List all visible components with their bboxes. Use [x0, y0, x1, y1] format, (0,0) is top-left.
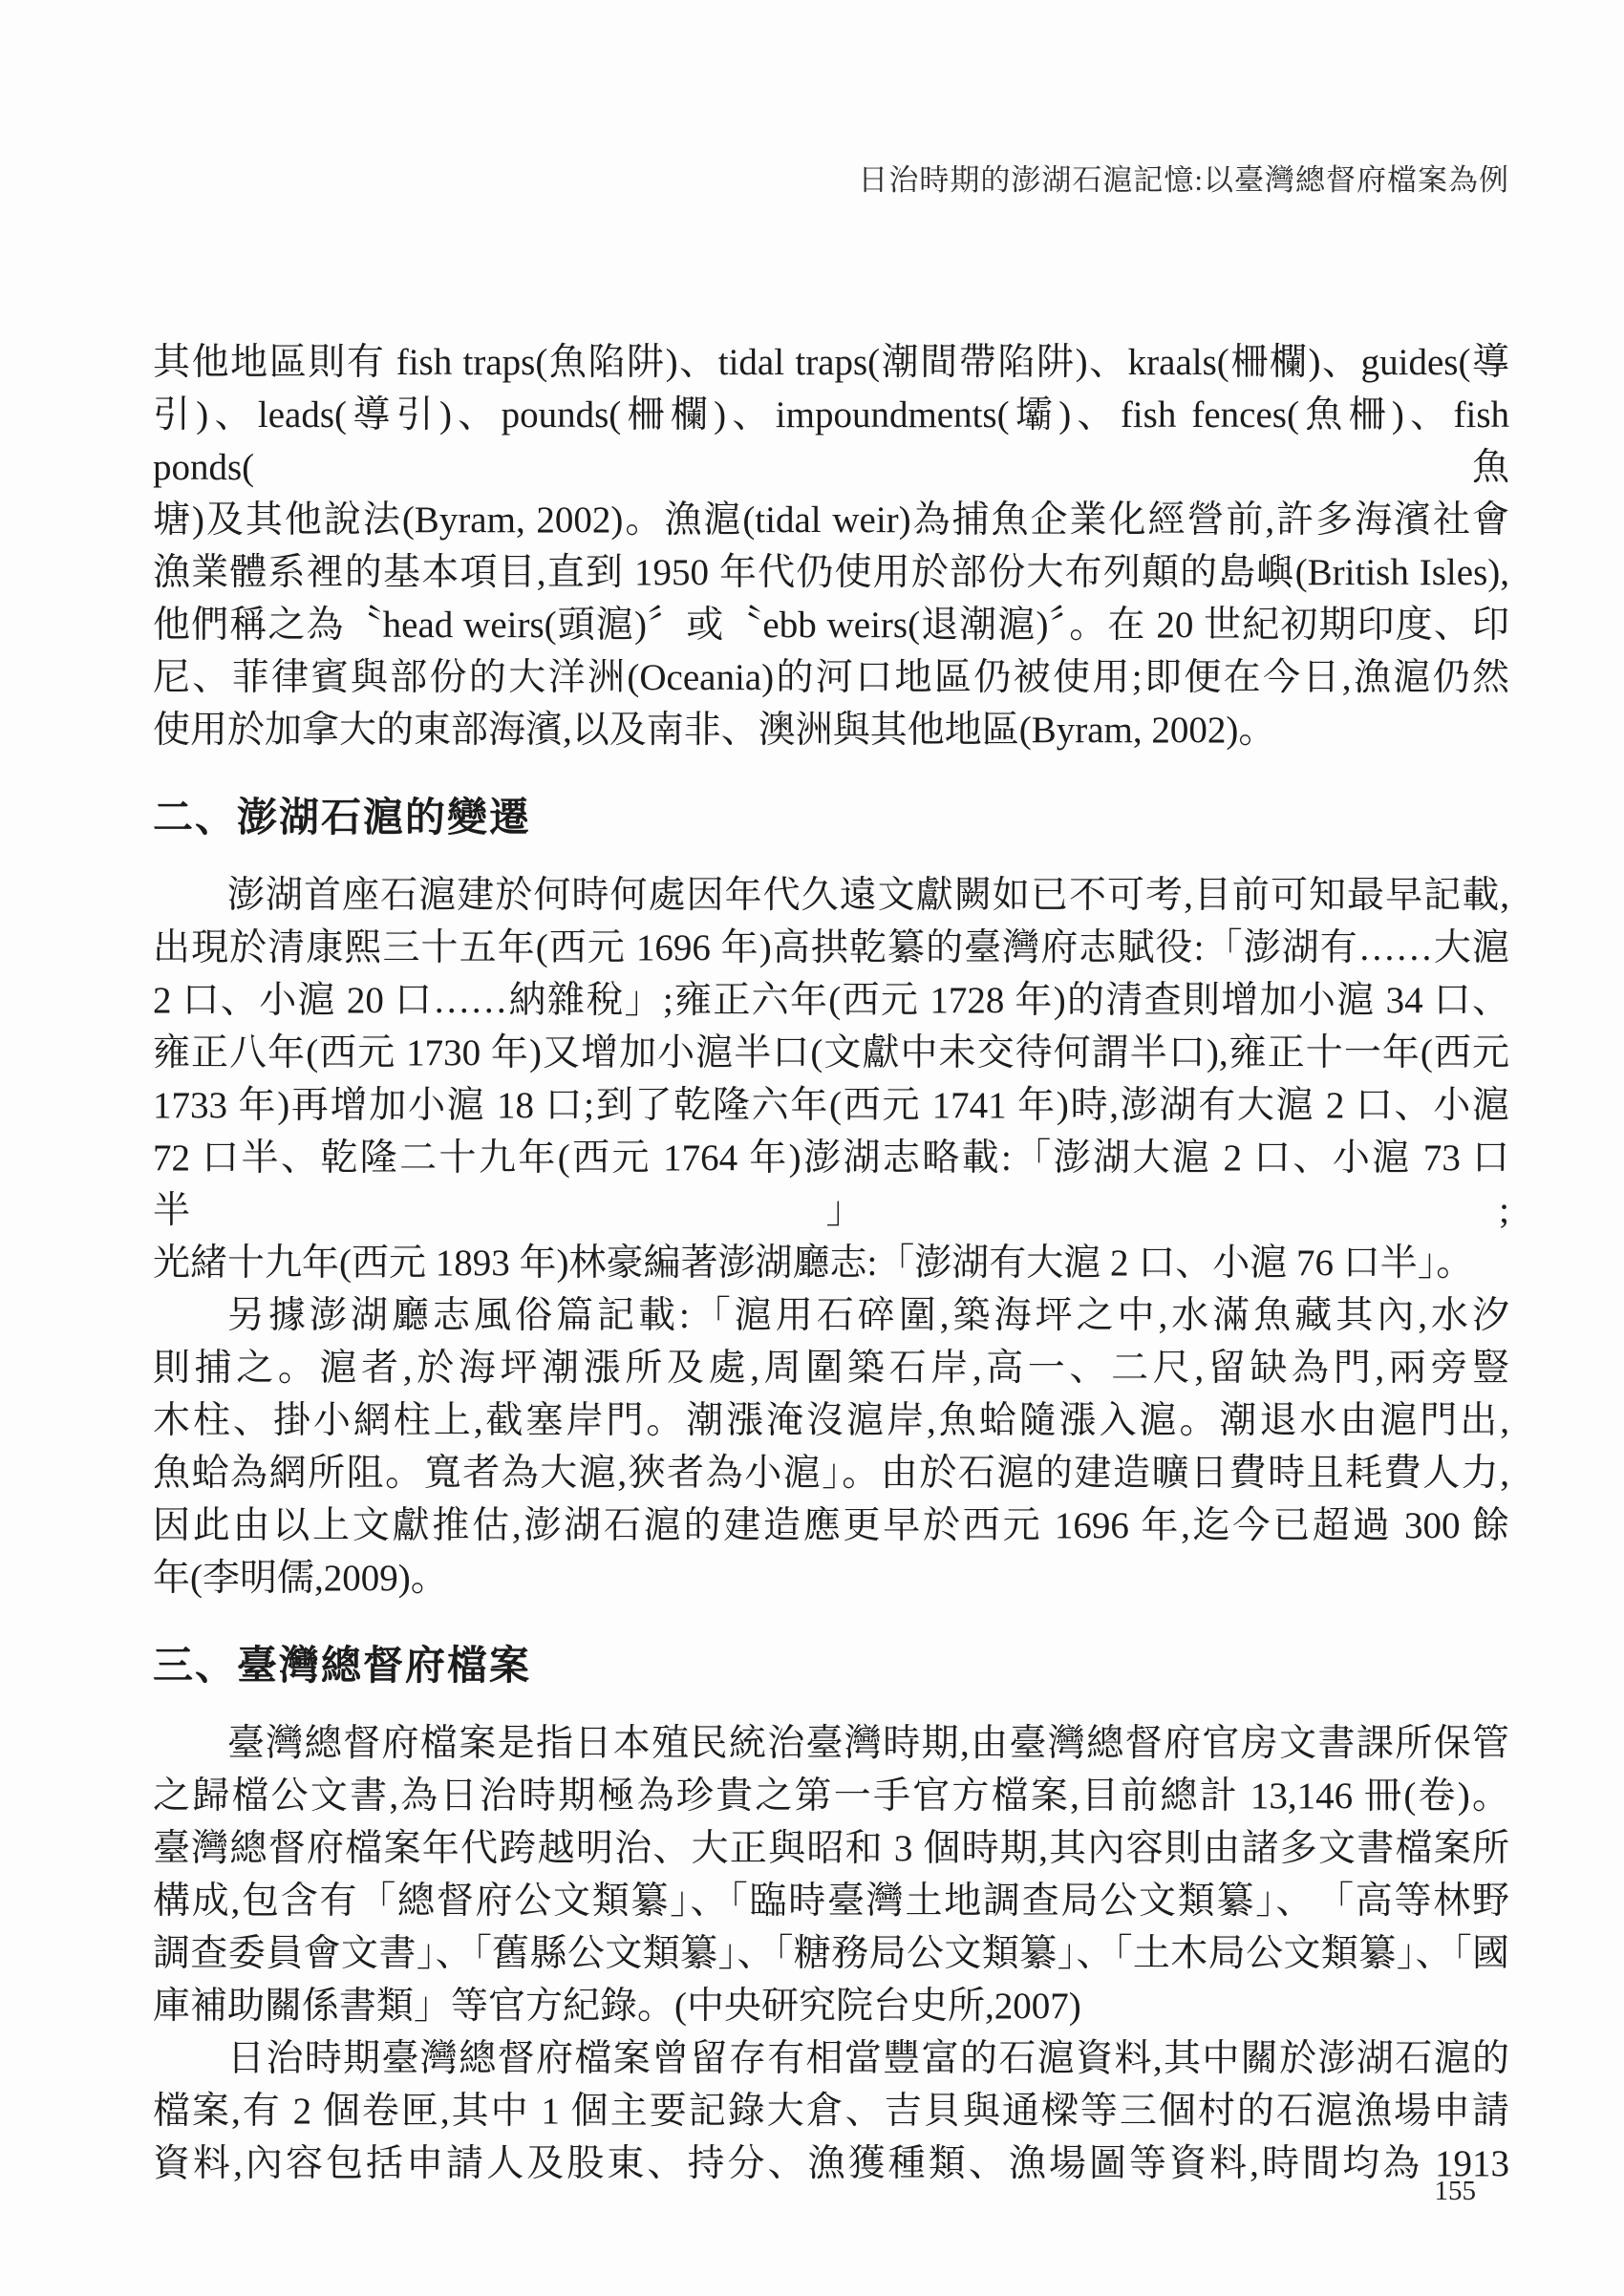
- text-line: 2 口、小滬 20 口……納雜稅」;雍正六年(西元 1728 年)的清查則增加小…: [153, 974, 1509, 1027]
- paragraph: 澎湖首座石滬建於何時何處因年代久遠文獻闕如已不可考,目前可知最早記載,出現於清康…: [153, 869, 1509, 1289]
- text-line: 另據澎湖廳志風俗篇記載:「滬用石碎圍,築海坪之中,水滿魚藏其內,水汐: [153, 1289, 1509, 1342]
- paragraph: 其他地區則有 fish traps(魚陷阱)、tidal traps(潮間帶陷阱…: [153, 336, 1509, 756]
- text-line: 出現於清康熙三十五年(西元 1696 年)高拱乾纂的臺灣府志賦役:「澎湖有……大…: [153, 922, 1509, 974]
- text-line: 之歸檔公文書,為日治時期極為珍貴之第一手官方檔案,目前總計 13,146 冊(卷…: [153, 1770, 1509, 1822]
- text-line: 年(李明儒,2009)。: [153, 1552, 1509, 1605]
- body-content: 其他地區則有 fish traps(魚陷阱)、tidal traps(潮間帶陷阱…: [153, 336, 1509, 2190]
- text-line: 臺灣總督府檔案是指日本殖民統治臺灣時期,由臺灣總督府官房文書課所保管: [153, 1717, 1509, 1770]
- text-line: 調查委員會文書」、「舊縣公文類纂」、「糖務局公文類纂」、「土木局公文類纂」、「國: [153, 1927, 1509, 1980]
- text-line: 日治時期臺灣總督府檔案曾留存有相當豐富的石滬資料,其中關於澎湖石滬的: [153, 2032, 1509, 2085]
- text-line: 光緒十九年(西元 1893 年)林豪編著澎湖廳志:「澎湖有大滬 2 口、小滬 7…: [153, 1237, 1509, 1289]
- text-line: 塘)及其他說法(Byram, 2002)。漁滬(tidal weir)為捕魚企業…: [153, 494, 1509, 546]
- section-heading: 二、澎湖石滬的變遷: [153, 791, 1509, 846]
- text-line: 1733 年)再增加小滬 18 口;到了乾隆六年(西元 1741 年)時,澎湖有…: [153, 1079, 1509, 1132]
- text-line: 其他地區則有 fish traps(魚陷阱)、tidal traps(潮間帶陷阱…: [153, 336, 1509, 389]
- text-line: 他們稱之為〝head weirs(頭滬)〞或〝ebb weirs(退潮滬)〞。在…: [153, 599, 1509, 651]
- document-page: 日治時期的澎湖石滬記憶:以臺灣總督府檔案為例 其他地區則有 fish traps…: [0, 0, 1624, 2296]
- running-header: 日治時期的澎湖石滬記憶:以臺灣總督府檔案為例: [153, 160, 1509, 201]
- text-line: 檔案,有 2 個卷匣,其中 1 個主要記錄大倉、吉貝與通樑等三個村的石滬漁場申請: [153, 2085, 1509, 2137]
- text-line: 72 口半、乾隆二十九年(西元 1764 年)澎湖志略載:「澎湖大滬 2 口、小…: [153, 1132, 1509, 1237]
- text-line: 使用於加拿大的東部海濱,以及南非、澳洲與其他地區(Byram, 2002)。: [153, 704, 1509, 756]
- paragraph: 另據澎湖廳志風俗篇記載:「滬用石碎圍,築海坪之中,水滿魚藏其內,水汐則捕之。滬者…: [153, 1289, 1509, 1605]
- text-line: 魚蛤為網所阻。寬者為大滬,狹者為小滬」。由於石滬的建造曠日費時且耗費人力,: [153, 1447, 1509, 1499]
- page-number: 155: [153, 2176, 1476, 2207]
- text-line: 構成,包含有「總督府公文類纂」、「臨時臺灣土地調查局公文類纂」、 「高等林野: [153, 1875, 1509, 1927]
- paragraph: 臺灣總督府檔案是指日本殖民統治臺灣時期,由臺灣總督府官房文書課所保管之歸檔公文書…: [153, 1717, 1509, 2032]
- text-line: 木柱、掛小網柱上,截塞岸門。潮漲淹沒滬岸,魚蛤隨漲入滬。潮退水由滬門出,: [153, 1394, 1509, 1447]
- text-line: 因此由以上文獻推估,澎湖石滬的建造應更早於西元 1696 年,迄今已超過 300…: [153, 1499, 1509, 1552]
- text-line: 澎湖首座石滬建於何時何處因年代久遠文獻闕如已不可考,目前可知最早記載,: [153, 869, 1509, 922]
- text-line: 尼、菲律賓與部份的大洋洲(Oceania)的河口地區仍被使用;即便在今日,漁滬仍…: [153, 651, 1509, 704]
- section-heading: 三、臺灣總督府檔案: [153, 1639, 1509, 1694]
- text-line: 雍正八年(西元 1730 年)又增加小滬半口(文獻中未交待何謂半口),雍正十一年…: [153, 1027, 1509, 1079]
- text-line: 庫補助關係書類」等官方紀錄。(中央研究院台史所,2007): [153, 1980, 1509, 2032]
- text-line: 臺灣總督府檔案年代跨越明治、大正與昭和 3 個時期,其內容則由諸多文書檔案所: [153, 1822, 1509, 1875]
- text-line: 漁業體系裡的基本項目,直到 1950 年代仍使用於部份大布列顛的島嶼(Briti…: [153, 546, 1509, 599]
- paragraph: 日治時期臺灣總督府檔案曾留存有相當豐富的石滬資料,其中關於澎湖石滬的檔案,有 2…: [153, 2032, 1509, 2190]
- text-line: 引)、leads(導引)、pounds(柵欄)、impoundments(壩)、…: [153, 389, 1509, 494]
- text-line: 則捕之。滬者,於海坪潮漲所及處,周圍築石岸,高一、二尺,留缺為門,兩旁豎: [153, 1342, 1509, 1394]
